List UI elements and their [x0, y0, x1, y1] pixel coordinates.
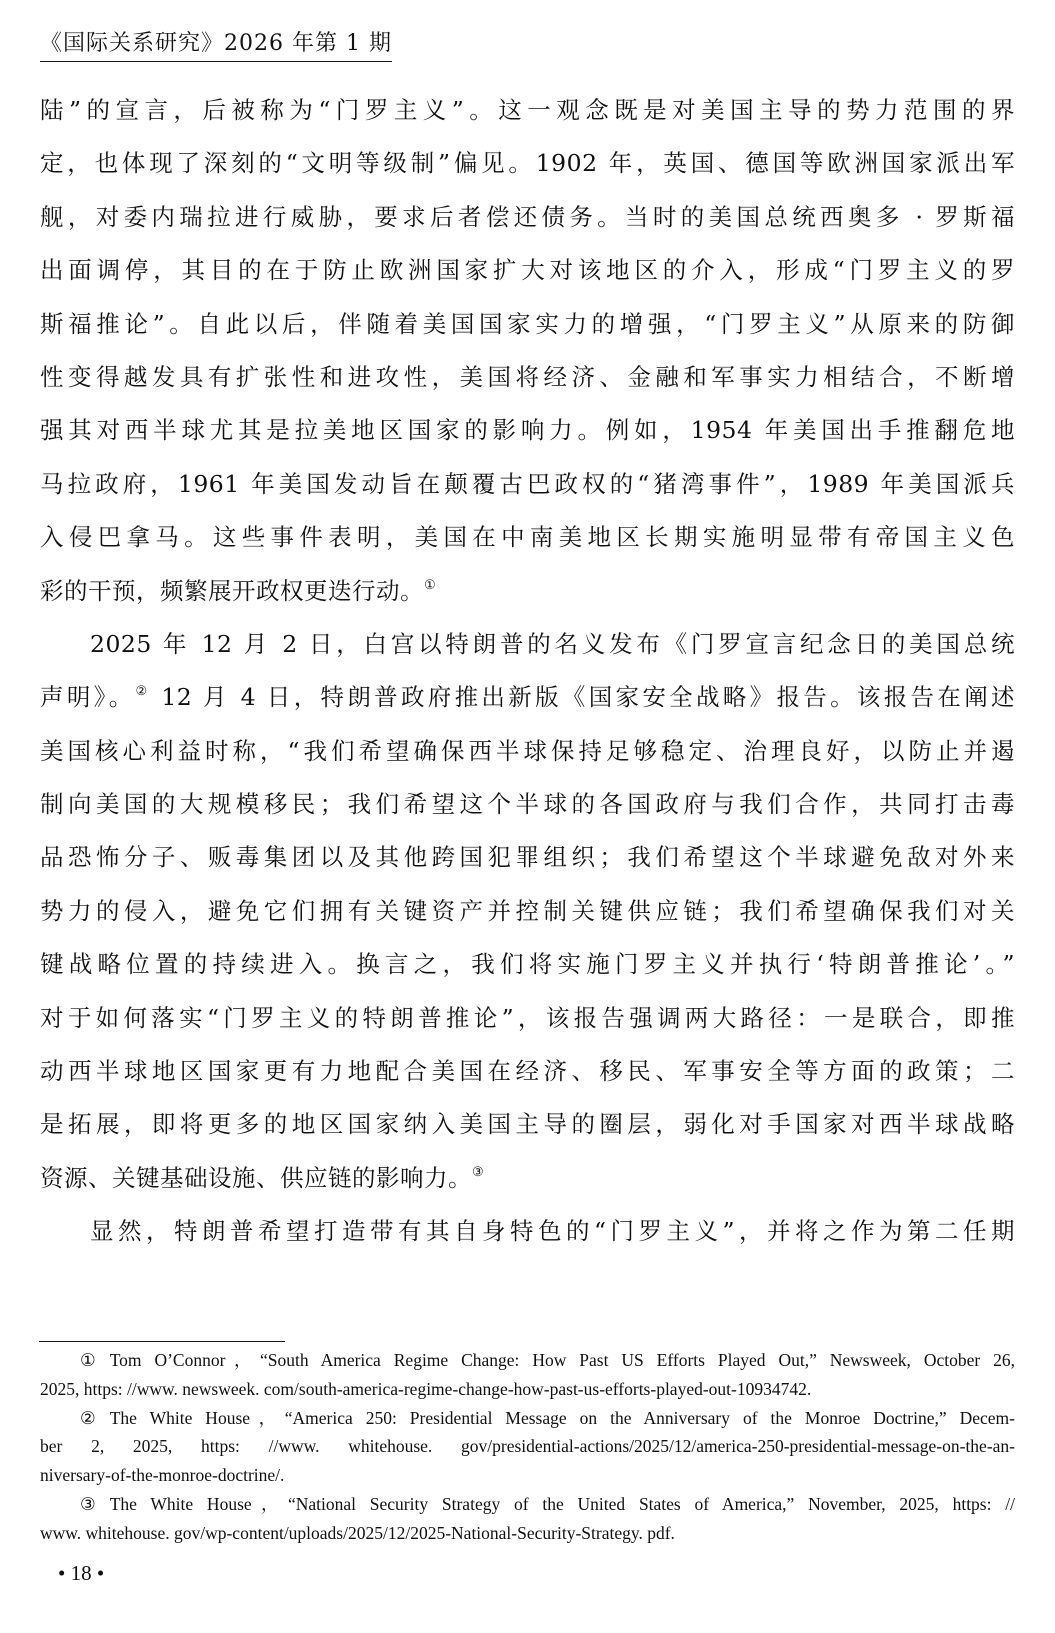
footnote-text: The White House，“National Security Strat…	[110, 1494, 1015, 1514]
body-line-text: 彩的干预，频繁展开政权更迭行动。	[40, 577, 424, 605]
footnote-text: The White House，“America 250: Presidenti…	[110, 1408, 1015, 1428]
body-line: 资源、关键基础设施、供应链的影响力。③	[40, 1152, 1015, 1205]
footnote-ref-2[interactable]: ②	[136, 684, 151, 699]
body-line: 对于如何落实“门罗主义的特朗普推论”，该报告强调两大路径：一是联合，即推	[40, 992, 1015, 1045]
footnote-text: Tom O’Connor，“South America Regime Chang…	[110, 1350, 1015, 1370]
footnote-2-continuation: niversary-of-the-monroe-doctrine/.	[40, 1461, 1015, 1490]
body-line: 定，也体现了深刻的“文明等级制”偏见。1902 年，英国、德国等欧洲国家派出军	[40, 137, 1015, 190]
body-line: 声明》。② 12 月 4 日，特朗普政府推出新版《国家安全战略》报告。该报告在阐…	[40, 671, 1015, 724]
running-header: 《国际关系研究》2026 年第 1 期	[40, 30, 392, 62]
page-number: • 18 •	[58, 1558, 104, 1588]
body-line: 势力的侵入，避免它们拥有关键资产并控制关键供应链；我们希望确保我们对关	[40, 885, 1015, 938]
footnote-3-continuation: www. whitehouse. gov/wp-content/uploads/…	[40, 1519, 1015, 1548]
body-line: 显然，特朗普希望打造带有其自身特色的“门罗主义”，并将之作为第二任期	[40, 1205, 1015, 1258]
body-line: 品恐怖分子、贩毒集团以及其他跨国犯罪组织；我们希望这个半球避免敌对外来	[40, 831, 1015, 884]
body-line: 舰，对委内瑞拉进行威胁，要求后者偿还债务。当时的美国总统西奥多 · 罗斯福	[40, 191, 1015, 244]
body-line: 键战略位置的持续进入。换言之，我们将实施门罗主义并执行‘特朗普推论’。”	[40, 938, 1015, 991]
footnote-3: ③The White House，“National Security Stra…	[40, 1490, 1015, 1519]
footnote-marker: ①	[80, 1346, 96, 1375]
body-line-text: 声明》。	[40, 683, 136, 711]
footnote-ref-1[interactable]: ①	[424, 578, 436, 593]
footnote-2: ②The White House，“America 250: President…	[40, 1404, 1015, 1433]
body-line: 性变得越发具有扩张性和进攻性，美国将经济、金融和军事实力相结合，不断增	[40, 351, 1015, 404]
body-line: 斯福推论”。自此以后，伴随着美国国家实力的增强，“门罗主义”从原来的防御	[40, 298, 1015, 351]
footnote-2-continuation: ber 2, 2025, https: //www. whitehouse. g…	[40, 1432, 1015, 1461]
footnote-marker: ③	[80, 1490, 96, 1519]
footnote-1: ①Tom O’Connor，“South America Regime Chan…	[40, 1346, 1015, 1375]
body-line: 美国核心利益时称，“我们希望确保西半球保持足够稳定、治理良好，以防止并遏	[40, 725, 1015, 778]
body-text: 陆”的宣言，后被称为“门罗主义”。这一观念既是对美国主导的势力范围的界 定，也体…	[40, 84, 1015, 1259]
footnotes: ①Tom O’Connor，“South America Regime Chan…	[40, 1346, 1015, 1548]
body-line: 入侵巴拿马。这些事件表明，美国在中南美地区长期实施明显带有帝国主义色	[40, 511, 1015, 564]
body-line: 2025 年 12 月 2 日，白宫以特朗普的名义发布《门罗宣言纪念日的美国总统	[40, 618, 1015, 671]
body-line: 制向美国的大规模移民；我们希望这个半球的各国政府与我们合作，共同打击毒	[40, 778, 1015, 831]
footnote-divider	[39, 1341, 285, 1342]
body-line-text: 资源、关键基础设施、供应链的影响力。	[40, 1164, 472, 1192]
footnote-ref-3[interactable]: ③	[472, 1165, 484, 1180]
footnote-marker: ②	[80, 1404, 96, 1433]
body-line: 马拉政府，1961 年美国发动旨在颠覆古巴政权的“猪湾事件”，1989 年美国派…	[40, 458, 1015, 511]
footnote-1-continuation: 2025, https: //www. newsweek. com/south-…	[40, 1375, 1015, 1404]
body-line: 出面调停，其目的在于防止欧洲国家扩大对该地区的介入，形成“门罗主义的罗	[40, 244, 1015, 297]
body-line: 陆”的宣言，后被称为“门罗主义”。这一观念既是对美国主导的势力范围的界	[40, 84, 1015, 137]
body-line: 是拓展，即将更多的地区国家纳入美国主导的圈层，弱化对手国家对西半球战略	[40, 1098, 1015, 1151]
body-line: 强其对西半球尤其是拉美地区国家的影响力。例如，1954 年美国出手推翻危地	[40, 404, 1015, 457]
body-line: 彩的干预，频繁展开政权更迭行动。①	[40, 565, 1015, 618]
body-line-text: 12 月 4 日，特朗普政府推出新版《国家安全战略》报告。该报告在阐述	[151, 683, 1016, 711]
body-line: 动西半球地区国家更有力地配合美国在经济、移民、军事安全等方面的政策；二	[40, 1045, 1015, 1098]
